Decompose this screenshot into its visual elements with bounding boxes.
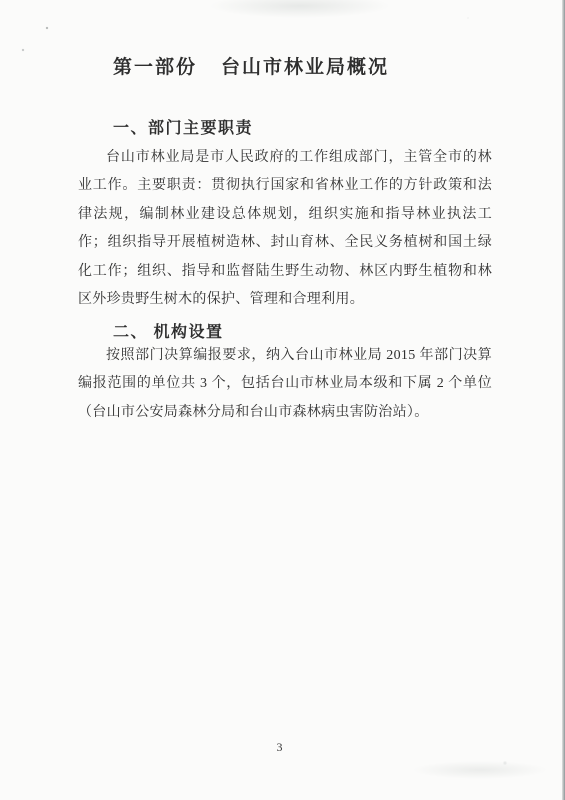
paragraph-organization: 按照部门决算编报要求，纳入台山市林业局 2015 年部门决算编报范围的单位共 3… bbox=[78, 342, 492, 427]
section-heading-responsibilities: 一、部门主要职责 bbox=[113, 115, 253, 138]
document-title-part: 第一部份 bbox=[113, 57, 197, 78]
paragraph-responsibilities: 台山市林业局是市人民政府的工作组成部门，主管全市的林业工作。主要职责：贯彻执行国… bbox=[78, 144, 492, 314]
section-heading-organization: 二、 机构设置 bbox=[113, 319, 224, 342]
scanned-document-page: 第一部份台山市林业局概况 一、部门主要职责 台山市林业局是市人民政府的工作组成部… bbox=[0, 0, 565, 800]
page-number: 3 bbox=[0, 740, 559, 755]
document-title-name: 台山市林业局概况 bbox=[221, 57, 389, 78]
document-title: 第一部份台山市林业局概况 bbox=[113, 52, 389, 79]
